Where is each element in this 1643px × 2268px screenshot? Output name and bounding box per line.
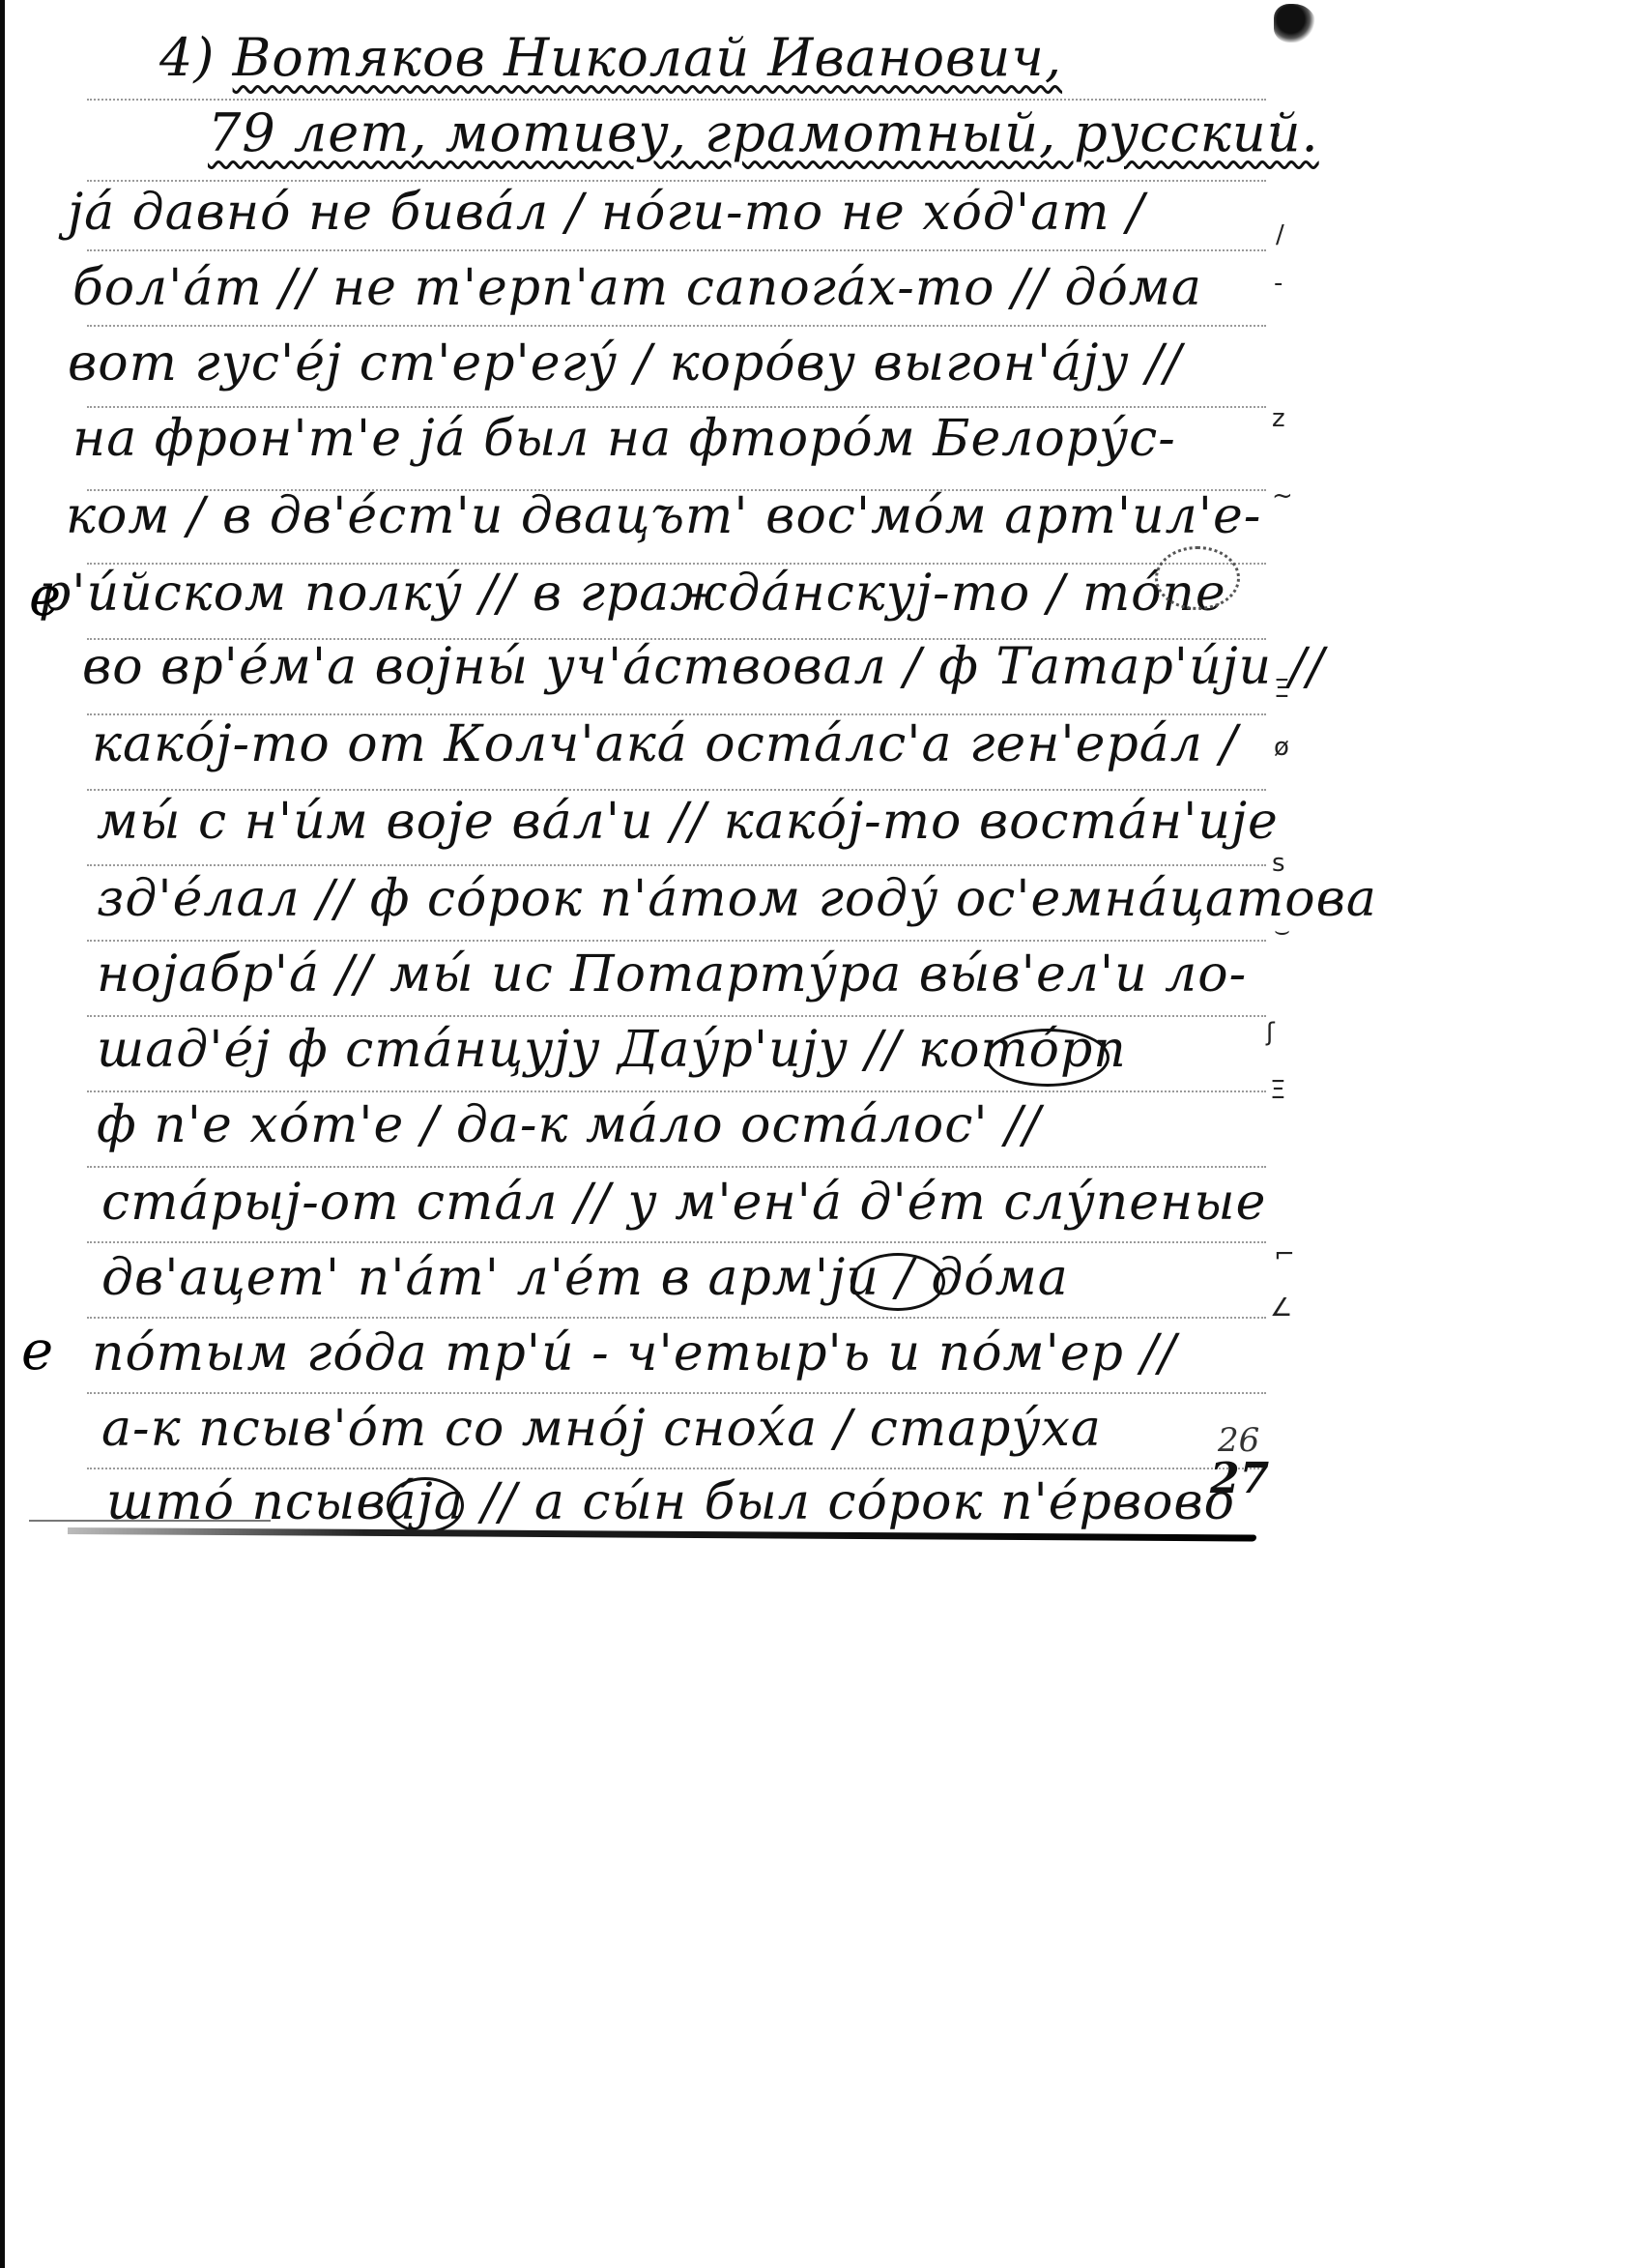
margin-speck: z (1272, 406, 1285, 431)
text-line: на фрон'т'е ја́ был на фторо́м Белору́с- (72, 410, 1176, 468)
ruling-line (87, 1468, 1266, 1469)
text-line: ком / в дв'е́ст'и двацът' вос'мо́м арт'и… (66, 487, 1261, 545)
text-line: вот гус'е́ј ст'ер'егу́ / коро́ву выгон'а… (68, 334, 1182, 393)
text-line: нојабр'а́ // мы́ ис Потарту́ра вы́в'ел'и… (97, 945, 1247, 1003)
ruling-line (87, 1241, 1266, 1243)
left-margin-mark: е (21, 1324, 53, 1379)
margin-speck: ø (1274, 735, 1289, 760)
page-number: 26 27 (1210, 1421, 1268, 1508)
text-line: зд'е́лал // ф со́рок п'а́том году́ ос'ем… (97, 870, 1377, 928)
informant-info-line: 79 лет, мотиву, грамотный, русский. (208, 104, 1319, 162)
text-line: а-к псыв'о́т со мно́ј снох́а / стару́ха (101, 1400, 1102, 1458)
margin-speck: ~ (1272, 483, 1293, 509)
ruling-line (87, 406, 1266, 408)
ink-blot-corner (1274, 4, 1316, 43)
margin-speck: - (1274, 271, 1283, 296)
ruling-line (87, 180, 1266, 182)
ruling-line (87, 1166, 1266, 1168)
text-line: ф п'е хо́т'е / да-к ма́ло оста́лос' // (97, 1096, 1041, 1154)
text-line: по́тым го́да тр'и́ - ч'етыр'ь и по́м'ер … (92, 1324, 1177, 1382)
ruling-line (87, 789, 1266, 791)
text-line: во вр'е́м'а војны́ уч'а́ствовал / ф Тата… (82, 638, 1325, 696)
margin-speck: ʃ (1266, 1020, 1275, 1045)
informant-name: Вотяков Николай Иванович, (233, 27, 1062, 88)
text-line: ста́рыј-от ста́л // у м'ен'а́ д'е́т слу́… (101, 1174, 1266, 1232)
ruling-line (87, 1317, 1266, 1319)
ruling-line (87, 1090, 1266, 1092)
text-line: р'и́йском полку́ // в граждáнскуј-то / т… (39, 565, 1226, 623)
ruling-line (87, 325, 1266, 327)
margin-speck: ı (1274, 116, 1281, 141)
ruling-line (87, 1392, 1266, 1394)
page-edge-light (29, 1520, 271, 1522)
margin-speck: ⌣ (1274, 918, 1290, 944)
left-margin-mark: е (29, 570, 61, 625)
dotted-circle-mark (1155, 546, 1240, 610)
circled-fragment (387, 1477, 464, 1533)
circled-fragment (986, 1029, 1110, 1087)
margin-speck: Ξ (1270, 1078, 1285, 1103)
text-line: мы́ с н'и́м воје ва́л'и // како́ј-то вос… (97, 793, 1279, 851)
informant-info: 79 лет, мотиву, грамотный, русский. (208, 102, 1319, 163)
informant-heading: 4) Вотяков Николай Иванович, (159, 29, 1062, 87)
text-line: шад'е́ј ф ста́нцују Дау́р'ију // кото́рп (97, 1021, 1127, 1079)
text-line: како́ј-то от Колч'ака́ оста́лс'а ген'ера… (92, 715, 1238, 773)
ruling-line (87, 864, 1266, 866)
text-line: што́ псыва́ја // а сы́н был со́рок п'е́р… (106, 1473, 1235, 1531)
ruling-line (87, 99, 1266, 101)
ruling-line (87, 1015, 1266, 1017)
margin-speck: Ξ (1274, 677, 1289, 702)
ruling-line (87, 940, 1266, 942)
page-number-current: 27 (1210, 1454, 1269, 1503)
margin-speck: / (1276, 222, 1284, 247)
margin-speck: ∠ (1270, 1295, 1292, 1321)
margin-speck: ⌐ (1274, 1242, 1295, 1267)
text-line: ја́ давно́ не бива́л / но́ги-то не хо́д'… (68, 184, 1145, 242)
margin-speck: s (1272, 851, 1285, 876)
entry-number: 4) (159, 27, 215, 88)
text-line: бол'а́т // не т'ерп'ат сапога́х-то // до… (72, 259, 1202, 317)
ruling-line (87, 249, 1266, 251)
circled-fragment (850, 1253, 945, 1311)
